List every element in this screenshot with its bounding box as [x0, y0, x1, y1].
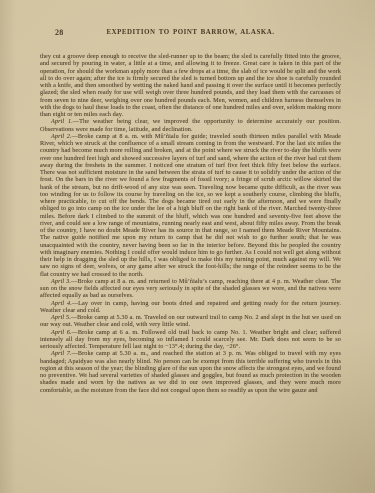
paragraph-text: —Lay over in camp, having our boots drie… — [40, 300, 341, 314]
page-body: they cut a groove deep enough to receive… — [40, 53, 341, 394]
paragraph-text: they cut a groove deep enough to receive… — [40, 53, 341, 118]
paragraph-text: —Broke camp at 8 a. m. with Mû’ñialu for… — [40, 133, 341, 278]
paragraph-april-7: April 7.—Broke camp at 5.30 a. m., and r… — [40, 350, 341, 394]
paragraph-april-4: April 4.—Lay over in camp, having our bo… — [40, 300, 341, 315]
paragraph-april-5: April 5.—Broke camp at 5.30 a. m. Travel… — [40, 314, 341, 329]
paragraph-lead: April 6. — [51, 329, 72, 336]
book-page: 28 EXPEDITION TO POINT BARROW, ALASKA. t… — [40, 28, 341, 394]
paragraph-text: —Broke camp at 6 a. m. Followed old trai… — [40, 329, 341, 351]
running-head: 28 EXPEDITION TO POINT BARROW, ALASKA. — [40, 28, 341, 39]
paragraph-text: —Broke camp at 5.30 a. m., and reached t… — [40, 350, 341, 393]
paragraph-lead: April 5. — [51, 314, 71, 321]
paragraph-text: —Broke camp at 8 a. m. and returned to M… — [40, 278, 341, 300]
paragraph-april-3: April 3.—Broke camp at 8 a. m. and retur… — [40, 278, 341, 300]
paragraph-text: —Broke camp at 5.30 a. m. Traveled on ou… — [40, 314, 341, 328]
paragraph-lead: April 4. — [51, 300, 72, 307]
paragraph-lead: April 2. — [51, 133, 72, 140]
paragraph-april-2: April 2.—Broke camp at 8 a. m. with Mû’ñ… — [40, 133, 341, 278]
paragraph-lead: April 3. — [51, 278, 71, 285]
paragraph-lead: April 1. — [51, 118, 73, 125]
paragraph-april-6: April 6.—Broke camp at 6 a. m. Followed … — [40, 329, 341, 351]
paragraph-april-1: April 1.—The weather being clear, we imp… — [40, 118, 341, 133]
paragraph-text: —The weather being clear, we improved th… — [40, 118, 341, 132]
paragraph-lead: April 7. — [51, 350, 72, 357]
running-title: EXPEDITION TO POINT BARROW, ALASKA. — [40, 29, 341, 36]
paragraph-continuation: they cut a groove deep enough to receive… — [40, 53, 341, 118]
